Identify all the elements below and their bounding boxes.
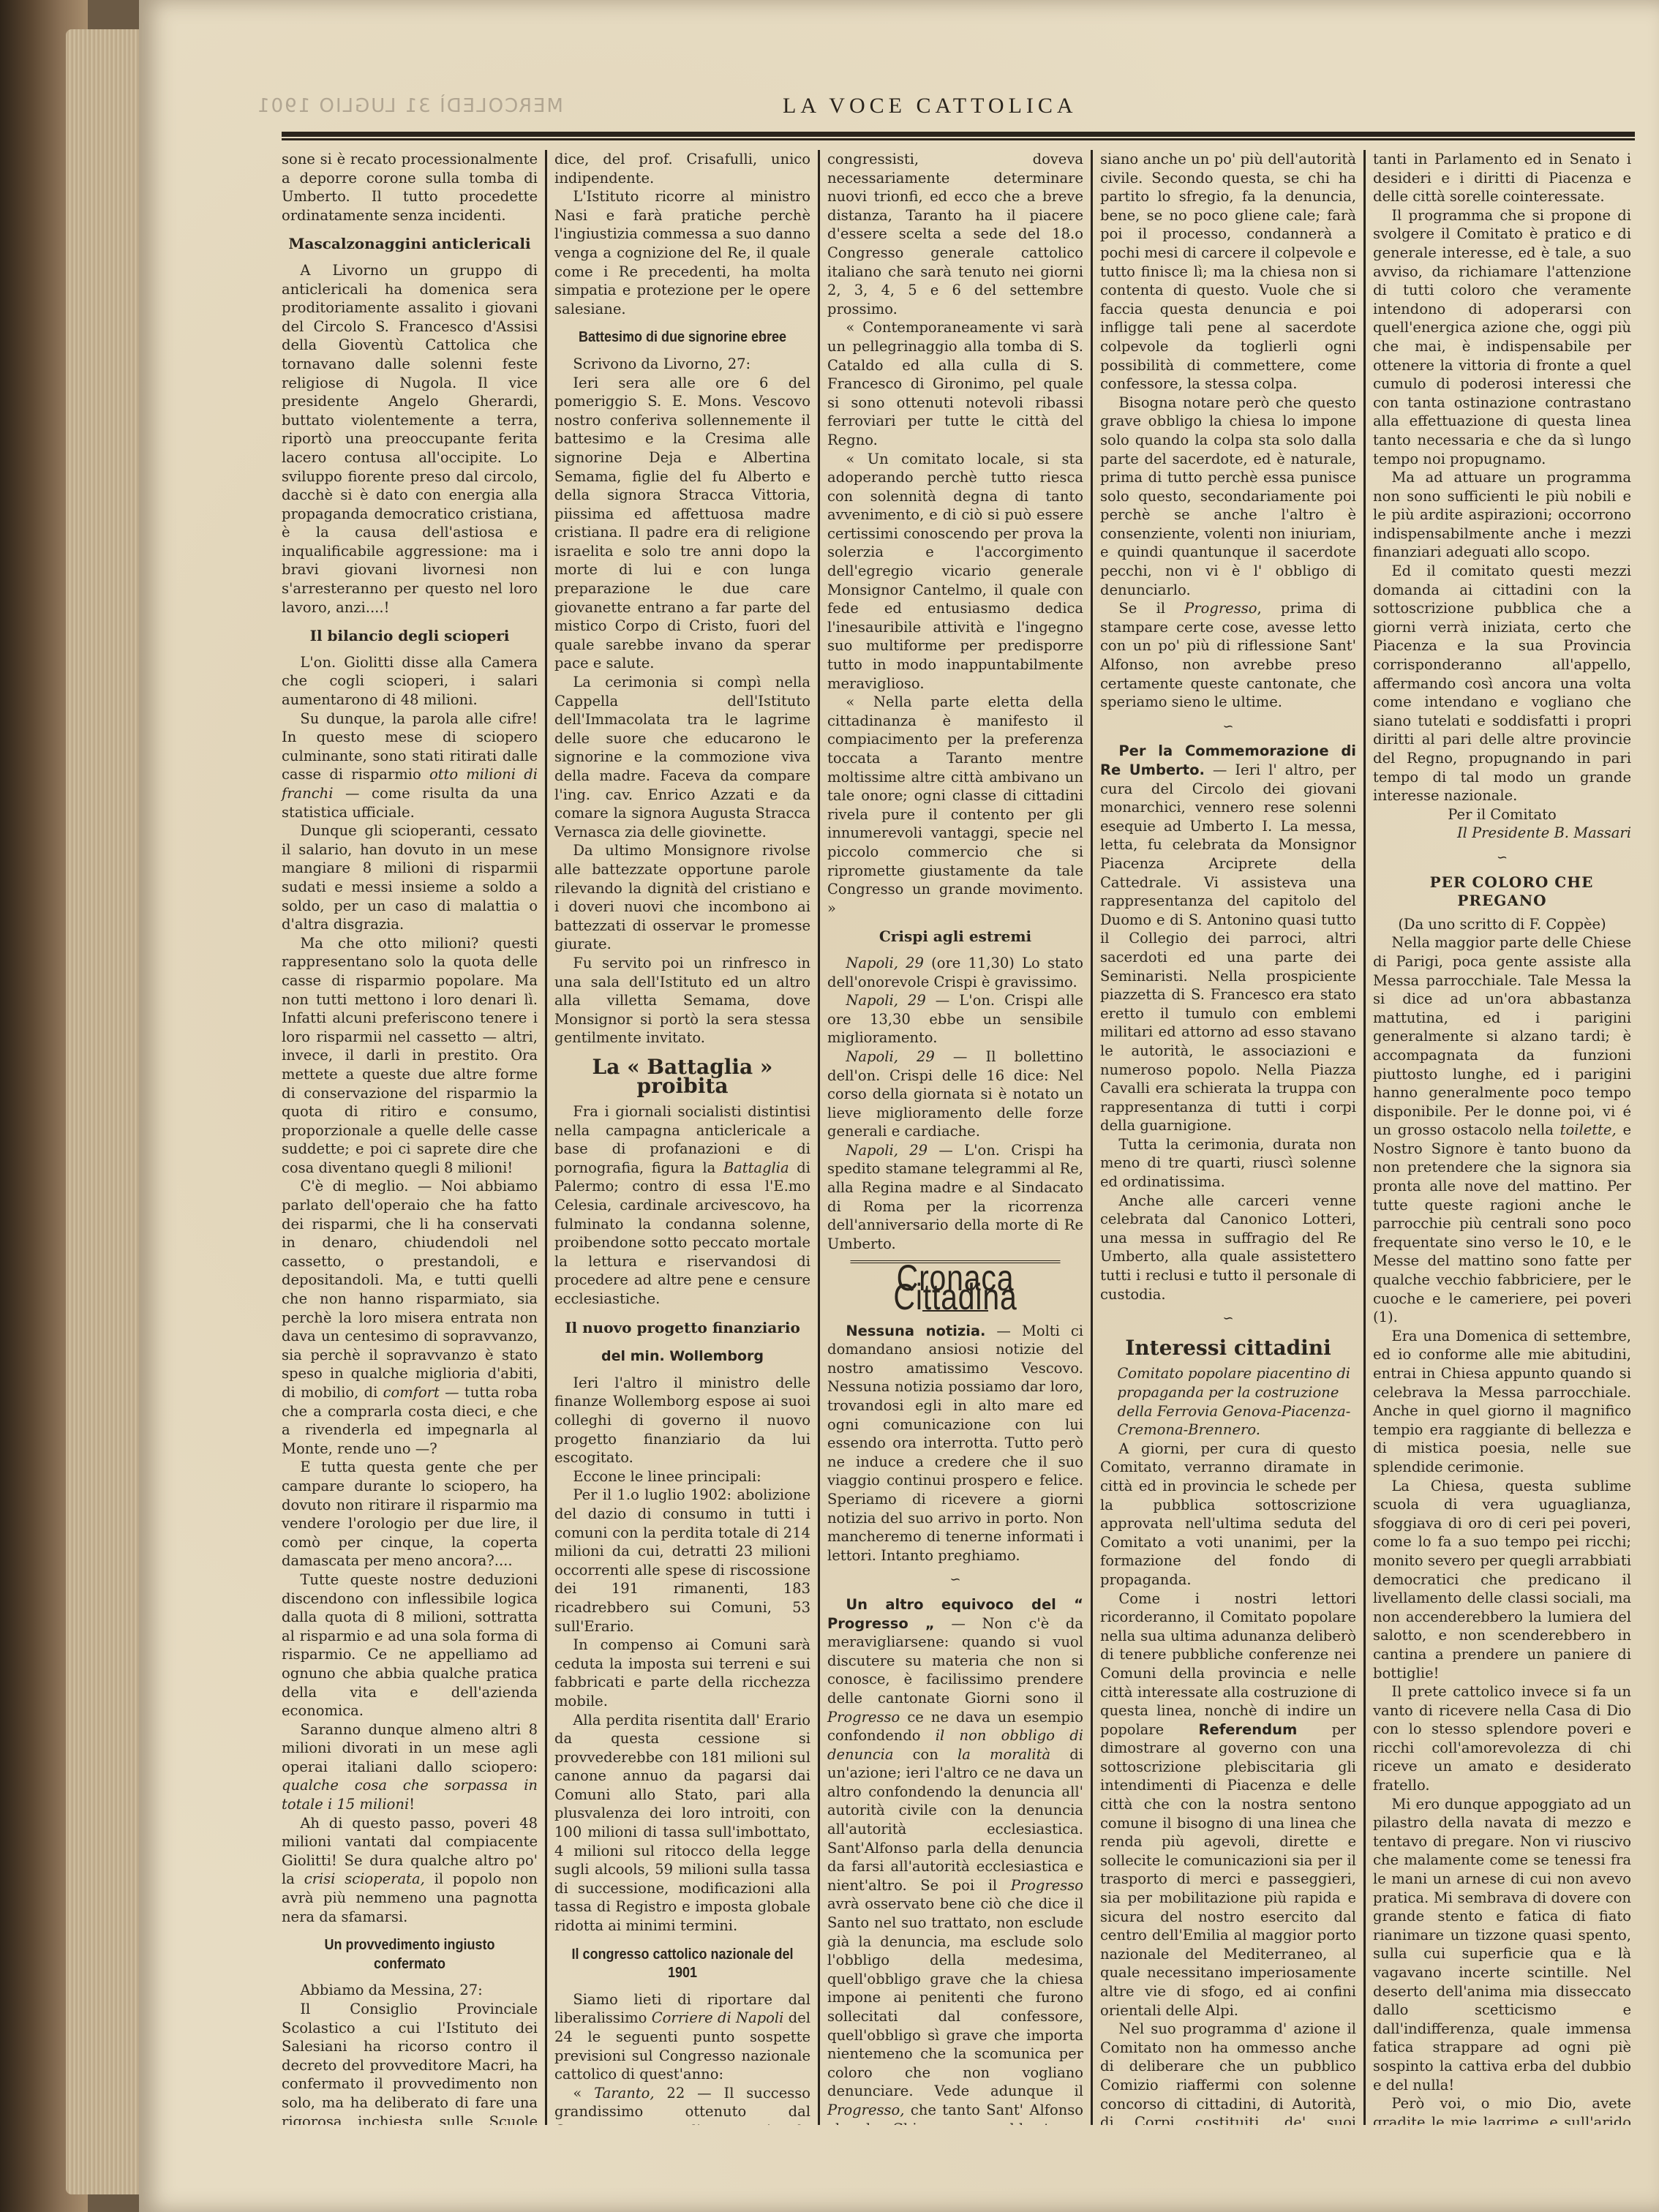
text-run: L'on. Giolitti disse alla Camera che cog… <box>282 654 538 708</box>
italic-text: Corriere di Napoli <box>652 2009 784 2026</box>
article-paragraph: Tutte queste nostre deduzioni discendono… <box>282 1570 538 1720</box>
article-paragraph: siano anche un po' più dell'autorità civ… <box>1100 150 1356 394</box>
article-paragraph: Scrivono da Livorno, 27: <box>554 355 810 374</box>
article-paragraph: C'è di meglio. — Noi abbiamo parlato del… <box>282 1177 538 1458</box>
article-paragraph: Eccone le linee principali: <box>554 1467 810 1486</box>
text-run: Scrivono da Livorno, 27: <box>573 355 750 372</box>
text-run: Alla perdita risentita dall' Erario da q… <box>554 1712 810 1935</box>
article-paragraph: Bisogna notare però che questo grave obb… <box>1100 394 1356 600</box>
article-paragraph: A Livorno un gruppo di anticlericali ha … <box>282 261 538 617</box>
article-paragraph: Un altro equivoco del “ Progresso „ — No… <box>827 1595 1083 2125</box>
italic-text: Progresso <box>1184 600 1257 617</box>
article-headline: Il nuovo progetto finanziario <box>554 1319 810 1338</box>
article-paragraph: Ma che otto milioni? questi rappresentan… <box>282 934 538 1178</box>
italic-text: Progresso <box>827 1709 900 1726</box>
article-paragraph: Il Consiglio Provinciale Scolastico a cu… <box>282 2000 538 2125</box>
column-3: congressisti, doveva necessariamente det… <box>820 150 1093 2125</box>
text-run: Ma ad attuare un programma non sono suff… <box>1373 469 1631 560</box>
text-run: Anche alle carceri venne celebrata dal C… <box>1100 1192 1356 1303</box>
bold-text: Referendum <box>1199 1721 1298 1738</box>
article-paragraph: « Contemporaneamente vi sarà un pellegri… <box>827 318 1083 449</box>
italic-text: Napoli, 29 <box>846 1048 935 1065</box>
text-run: L'Istituto ricorre al ministro Nasi e fa… <box>554 188 810 317</box>
text-run: Ieri l'altro il ministro delle finanze W… <box>554 1374 810 1466</box>
article-paragraph: Da ultimo Monsignore rivolse alle battez… <box>554 841 810 954</box>
separator-ornament-icon: ∽ <box>1373 849 1631 868</box>
text-run: di Palermo; contro di essa l'E.mo Celesi… <box>554 1159 810 1307</box>
text-run: Tutta la cerimonia, durata non meno di t… <box>1100 1136 1356 1190</box>
article-paragraph: Napoli, 29 — Il bollettino dell'on. Cris… <box>827 1047 1083 1141</box>
article-headline: Il bilancio degli scioperi <box>282 627 538 646</box>
article-paragraph: tanti in Parlamento ed in Senato i desid… <box>1373 150 1631 206</box>
article-paragraph: Napoli, 29 — L'on. Crispi alle ore 13,30… <box>827 991 1083 1047</box>
newspaper-page: MERCOLEDÌ 31 LUGLIO 1901 LA VOCE CATTOLI… <box>139 0 1659 2212</box>
article-paragraph: Ah di questo passo, poveri 48 milioni va… <box>282 1814 538 1927</box>
article-paragraph: Tutta la cerimonia, durata non meno di t… <box>1100 1135 1356 1192</box>
article-paragraph: « Taranto, 22 — Il successo grandissimo … <box>554 2084 810 2125</box>
italic-text: la moralità <box>958 1746 1050 1763</box>
text-run: Ma che otto milioni? questi rappresentan… <box>282 935 538 1176</box>
article-paragraph: Come i nostri lettori ricorderanno, il C… <box>1100 1590 1356 2020</box>
article-signature: Per il Comitato <box>1373 805 1631 824</box>
article-paragraph: Siamo lieti di riportare dal liberalissi… <box>554 1990 810 2084</box>
text-run: Ed il comitato questi mezzi domanda ai c… <box>1373 563 1631 804</box>
text-run: Nella maggior parte delle Chiese di Pari… <box>1373 934 1631 1138</box>
article-subtitle: Comitato popolare piacentino di propagan… <box>1100 1364 1356 1439</box>
article-byline: (Da uno scritto di F. Coppèe) <box>1373 915 1631 934</box>
text-run: Il programma che si propone di svolgere … <box>1373 207 1631 467</box>
article-headline: del min. Wollemborg <box>554 1347 810 1366</box>
column-5: tanti in Parlamento ed in Senato i desid… <box>1366 150 1639 2125</box>
article-paragraph: Nel suo programma d' azione il Comitato … <box>1100 2020 1356 2125</box>
text-run: In compenso ai Comuni sarà ceduta la imp… <box>554 1636 810 1709</box>
article-paragraph: Se il Progresso, prima di stampare certe… <box>1100 599 1356 712</box>
article-paragraph: « Nella parte eletta della cittadinanza … <box>827 693 1083 917</box>
article-headline: Crispi agli estremi <box>827 928 1083 947</box>
column-4: siano anche un po' più dell'autorità civ… <box>1093 150 1366 2125</box>
text-run: Però voi, o mio Dio, avete gradite le mi… <box>1373 2095 1631 2125</box>
article-paragraph: Il prete cattolico invece si fa un vanto… <box>1373 1682 1631 1795</box>
text-run: ! <box>409 1796 415 1813</box>
text-run: di un'azione; ieri l'altro ce ne dava un… <box>827 1746 1083 1894</box>
article-signature: Il Presidente B. Massari <box>1373 824 1631 843</box>
article-headline: Interessi cittadini <box>1100 1339 1356 1358</box>
text-run: Nel suo programma d' azione il Comitato … <box>1100 2020 1356 2125</box>
article-paragraph: Per il 1.o luglio 1902: abolizione del d… <box>554 1486 810 1636</box>
italic-text: Napoli, 29 <box>846 955 924 971</box>
article-paragraph: Per la Commemorazione di Re Umberto. — I… <box>1100 742 1356 1135</box>
text-run: Eccone le linee principali: <box>573 1468 761 1485</box>
article-paragraph: Fu servito poi un rinfresco in una sala … <box>554 954 810 1047</box>
text-run: Da ultimo Monsignore rivolse alle battez… <box>554 842 810 952</box>
italic-text: Napoli, 29 <box>846 992 925 1009</box>
text-run: per dimostrare al governo con una sottos… <box>1100 1721 1356 2019</box>
text-run: Se il <box>1118 600 1184 617</box>
column-1: sone si è recato processionalmente a dep… <box>274 150 547 2125</box>
article-headline: Un provvedimento ingiusto confermato <box>295 1936 525 1974</box>
text-run: Per il 1.o luglio 1902: abolizione del d… <box>554 1486 810 1634</box>
text-run: — Ieri l' altro, per cura del Circolo de… <box>1100 761 1356 1134</box>
separator-ornament-icon: ∽ <box>827 1570 1083 1590</box>
article-headline: Mascalzonaggini anticlericali <box>282 235 538 254</box>
text-run: dice, del prof. Crisafulli, unico indipe… <box>554 151 810 187</box>
italic-text: Napoli, 29 <box>846 1142 928 1159</box>
text-run: E tutta questa gente che per campare dur… <box>282 1459 538 1569</box>
article-paragraph: Nessuna notizia. — Molti ci domandano an… <box>827 1322 1083 1565</box>
text-run: Abbiamo da Messina, 27: <box>300 1982 482 1998</box>
article-paragraph: Nella maggior parte delle Chiese di Pari… <box>1373 933 1631 1326</box>
article-paragraph: Saranno dunque almeno altri 8 milioni di… <box>282 1720 538 1814</box>
article-paragraph: L'Istituto ricorre al ministro Nasi e fa… <box>554 187 810 318</box>
article-paragraph: Fra i giornali socialisti distintisi nel… <box>554 1102 810 1309</box>
text-run: « Nella parte eletta della cittadinanza … <box>827 693 1083 917</box>
text-run: La Chiesa, questa sublime scuola di vera… <box>1373 1478 1631 1682</box>
article-paragraph: Abbiamo da Messina, 27: <box>282 1981 538 2000</box>
article-paragraph: In compenso ai Comuni sarà ceduta la imp… <box>554 1636 810 1710</box>
text-run: Saranno dunque almeno altri 8 milioni di… <box>282 1721 538 1775</box>
article-paragraph: dice, del prof. Crisafulli, unico indipe… <box>554 150 810 187</box>
article-paragraph: La cerimonia si compì nella Cappella del… <box>554 673 810 841</box>
columns-container: sone si è recato processionalmente a dep… <box>274 150 1639 2125</box>
article-paragraph: L'on. Giolitti disse alla Camera che cog… <box>282 653 538 710</box>
article-paragraph: Ma ad attuare un programma non sono suff… <box>1373 468 1631 562</box>
article-paragraph: Era una Domenica di settembre, ed io con… <box>1373 1327 1631 1477</box>
article-paragraph: congressisti, doveva necessariamente det… <box>827 150 1083 318</box>
section-title: Cronaca Cittadina <box>851 1260 1061 1306</box>
italic-text: toilette, <box>1560 1121 1617 1138</box>
article-paragraph: Su dunque, la parola alle cifre! In ques… <box>282 710 538 822</box>
article-paragraph: E tutta questa gente che per campare dur… <box>282 1458 538 1570</box>
text-run: Ieri sera alle ore 6 del pomeriggio S. E… <box>554 375 810 672</box>
italic-text: Taranto, <box>594 2085 654 2102</box>
article-paragraph: Dunque gli scioperanti, cessato il salar… <box>282 821 538 934</box>
text-run: tanti in Parlamento ed in Senato i desid… <box>1373 151 1631 205</box>
text-run: e Nostro Signore è tanto buono da non pr… <box>1373 1121 1631 1325</box>
text-run: avrà osservato bene ciò che dice il Sant… <box>827 1895 1083 2099</box>
article-headline: Il congresso cattolico nazionale del 190… <box>568 1946 798 1983</box>
text-run: Bisogna notare però che questo grave obb… <box>1100 394 1356 598</box>
article-paragraph: Napoli, 29 — L'on. Crispi ha spedito sta… <box>827 1141 1083 1254</box>
article-paragraph: Napoli, 29 (ore 11,30) Lo stato dell'ono… <box>827 954 1083 991</box>
text-run: A giorni, per cura di questo Comitato, v… <box>1100 1440 1356 1588</box>
article-headline: PER COLORO CHE PREGANO <box>1373 873 1631 911</box>
article-paragraph: Mi ero dunque appoggiato ad un pilastro … <box>1373 1795 1631 2095</box>
article-paragraph: A giorni, per cura di questo Comitato, v… <box>1100 1440 1356 1590</box>
separator-ornament-icon: ∽ <box>1100 718 1356 737</box>
running-header-title: LA VOCE CATTOLICA <box>783 94 1077 118</box>
text-run: « Un comitato locale, si sta adoperando … <box>827 451 1083 692</box>
article-paragraph: Ed il comitato questi mezzi domanda ai c… <box>1373 562 1631 805</box>
article-paragraph: Però voi, o mio Dio, avete gradite le mi… <box>1373 2094 1631 2125</box>
separator-ornament-icon: ∽ <box>1100 1309 1356 1328</box>
text-run: Mi ero dunque appoggiato ad un pilastro … <box>1373 1796 1631 2093</box>
text-run: Il Consiglio Provinciale Scolastico a cu… <box>282 2001 538 2125</box>
text-run: siano anche un po' più dell'autorità civ… <box>1100 151 1356 392</box>
article-headline: Battesimo di due signorine ebree <box>568 328 798 347</box>
text-run: Era una Domenica di settembre, ed io con… <box>1373 1328 1631 1475</box>
italic-text: comfort <box>383 1384 440 1401</box>
italic-text: Progresso <box>1011 1877 1083 1894</box>
article-paragraph: Il programma che si propone di svolgere … <box>1373 206 1631 468</box>
text-run: C'è di meglio. — Noi abbiamo parlato del… <box>282 1178 538 1401</box>
run-in-headline: Nessuna notizia. <box>846 1323 985 1339</box>
article-paragraph: sone si è recato processionalmente a dep… <box>282 150 538 225</box>
text-run: Tutte queste nostre deduzioni discendono… <box>282 1571 538 1719</box>
bleed-through-text: MERCOLEDÌ 31 LUGLIO 1901 <box>256 95 563 117</box>
article-paragraph: Ieri l'altro il ministro delle finanze W… <box>554 1374 810 1467</box>
header-rule <box>282 132 1635 138</box>
text-run: A Livorno un gruppo di anticlericali ha … <box>282 262 538 616</box>
column-2: dice, del prof. Crisafulli, unico indipe… <box>547 150 820 2125</box>
italic-text: crisi scioperata, <box>304 1870 425 1887</box>
text-run: La cerimonia si compì nella Cappella del… <box>554 674 810 840</box>
text-run: « <box>573 2085 594 2102</box>
text-run: — Molti ci domandano ansiosi notizie del… <box>827 1323 1083 1564</box>
italic-text: Progresso, <box>827 2102 904 2118</box>
article-paragraph: La Chiesa, questa sublime scuola di vera… <box>1373 1477 1631 1683</box>
text-run: Il prete cattolico invece si fa un vanto… <box>1373 1683 1631 1794</box>
text-run: congressisti, doveva necessariamente det… <box>827 151 1083 317</box>
article-headline: La « Battaglia » proibita <box>554 1058 810 1095</box>
text-run: Fu servito poi un rinfresco in una sala … <box>554 955 810 1046</box>
article-paragraph: Ieri sera alle ore 6 del pomeriggio S. E… <box>554 374 810 674</box>
italic-text: Battaglia <box>723 1159 789 1176</box>
article-paragraph: « Un comitato locale, si sta adoperando … <box>827 450 1083 693</box>
text-run: Come i nostri lettori ricorderanno, il C… <box>1100 1590 1356 1738</box>
article-paragraph: Alla perdita risentita dall' Erario da q… <box>554 1711 810 1935</box>
text-run: Dunque gli scioperanti, cessato il salar… <box>282 822 538 933</box>
text-run: sone si è recato processionalmente a dep… <box>282 151 538 224</box>
text-run: con <box>893 1746 958 1763</box>
text-run: « Contemporaneamente vi sarà un pellegri… <box>827 319 1083 448</box>
article-paragraph: Anche alle carceri venne celebrata dal C… <box>1100 1192 1356 1304</box>
